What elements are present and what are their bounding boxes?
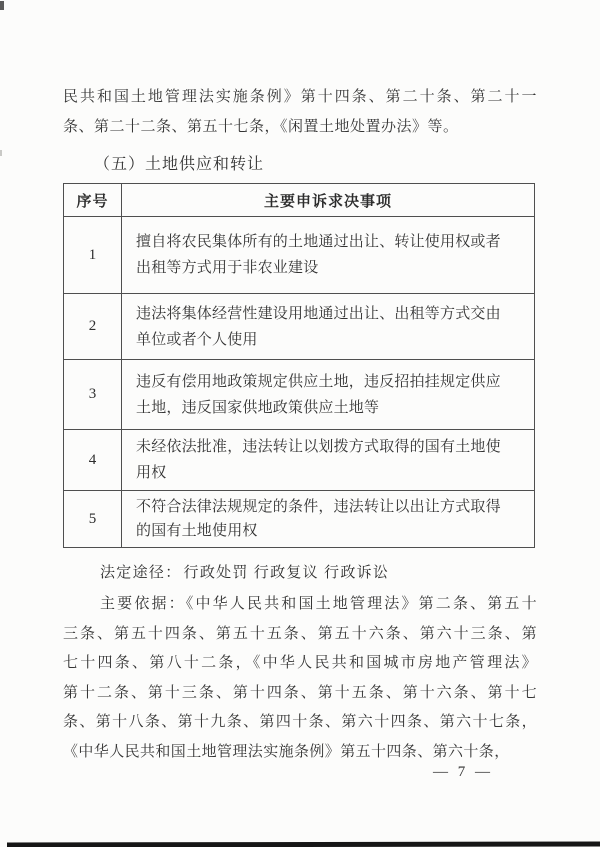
seq-cell: 1 [64, 217, 122, 294]
table-row: 1 擅自将农民集体所有的土地通过出让、转让使用权或者出租等方式用于非农业建设 [64, 217, 535, 294]
column-header-seq: 序号 [64, 184, 122, 217]
seq-cell: 3 [64, 360, 122, 430]
document-page: 民共和国土地管理法实施条例》第十四条、第二十条、第二十一 条、第二十二条、第五十… [0, 0, 600, 847]
matter-cell: 违法将集体经营性建设用地通过出让、出租等方式交由单位或者个人使用 [122, 294, 535, 360]
table-header-row: 序号 主要申诉求决事项 [64, 184, 535, 217]
matter-cell: 擅自将农民集体所有的土地通过出让、转让使用权或者出租等方式用于非农业建设 [122, 217, 535, 294]
table-row: 2 违法将集体经营性建设用地通过出让、出租等方式交由单位或者个人使用 [64, 294, 535, 360]
intro-line: 条、第二十二条、第五十七条，《闲置土地处置办法》等。 [63, 112, 537, 142]
legal-path-label: 法定途径： [100, 565, 182, 581]
basis-line: 第十二条、第十三条、第十四条、第十五条、第十六条、第十七 [63, 679, 537, 709]
table-row: 4 未经依法批准，违法转让以划拨方式取得的国有土地使用权 [64, 430, 535, 491]
table-row: 3 违反有偿用地政策规定供应土地，违反招拍挂规定供应土地，违反国家供地政策供应土… [64, 360, 535, 430]
table-row: 5 不符合法律法规规定的条件，违法转让以出让方式取得的国有土地使用权 [64, 491, 535, 548]
seq-cell: 4 [64, 430, 122, 491]
basis-line: 《中华人民共和国土地管理法实施条例》第五十四条、第六十条， [63, 738, 537, 768]
intro-line: 民共和国土地管理法实施条例》第十四条、第二十条、第二十一 [63, 82, 537, 112]
column-header-matter: 主要申诉求决事项 [122, 184, 535, 217]
basis-line: 主要依据：《中华人民共和国土地管理法》第二条、第五十 [63, 590, 537, 620]
basis-paragraph: 主要依据：《中华人民共和国土地管理法》第二条、第五十 三条、第五十四条、第五十五… [63, 590, 537, 767]
matter-cell: 不符合法律法规规定的条件，违法转让以出让方式取得的国有土地使用权 [122, 491, 535, 548]
scan-edge-bottom [7, 841, 600, 847]
scan-artifact-top-left [0, 1, 4, 10]
seq-cell: 2 [64, 294, 122, 360]
intro-paragraph: 民共和国土地管理法实施条例》第十四条、第二十条、第二十一 条、第二十二条、第五十… [63, 0, 537, 142]
basis-line: 三条、第五十四条、第五十五条、第五十六条、第六十三条、第 [63, 620, 537, 650]
matter-cell: 未经依法批准，违法转让以划拨方式取得的国有土地使用权 [122, 430, 535, 491]
scan-artifact-left-edge [0, 150, 2, 156]
matter-cell: 违反有偿用地政策规定供应土地，违反招拍挂规定供应土地，违反国家供地政策供应土地等 [122, 360, 535, 430]
appeals-table: 序号 主要申诉求决事项 1 擅自将农民集体所有的土地通过出让、转让使用权或者出租… [63, 183, 535, 548]
legal-path-channels: 行政处罚 行政复议 行政诉讼 [184, 565, 390, 581]
basis-line: 七十四条、第八十二条，《中华人民共和国城市房地产管理法》 [63, 649, 537, 679]
seq-cell: 5 [64, 491, 122, 548]
page-content: 民共和国土地管理法实施条例》第十四条、第二十条、第二十一 条、第二十二条、第五十… [63, 0, 537, 767]
basis-line: 条、第十八条、第十九条、第四十条、第六十四条、第六十七条， [63, 708, 537, 738]
legal-path-line: 法定途径：行政处罚 行政复议 行政诉讼 [100, 561, 537, 585]
section-heading: （五）土地供应和转让 [94, 153, 537, 177]
page-number: — 7 — [433, 764, 493, 781]
